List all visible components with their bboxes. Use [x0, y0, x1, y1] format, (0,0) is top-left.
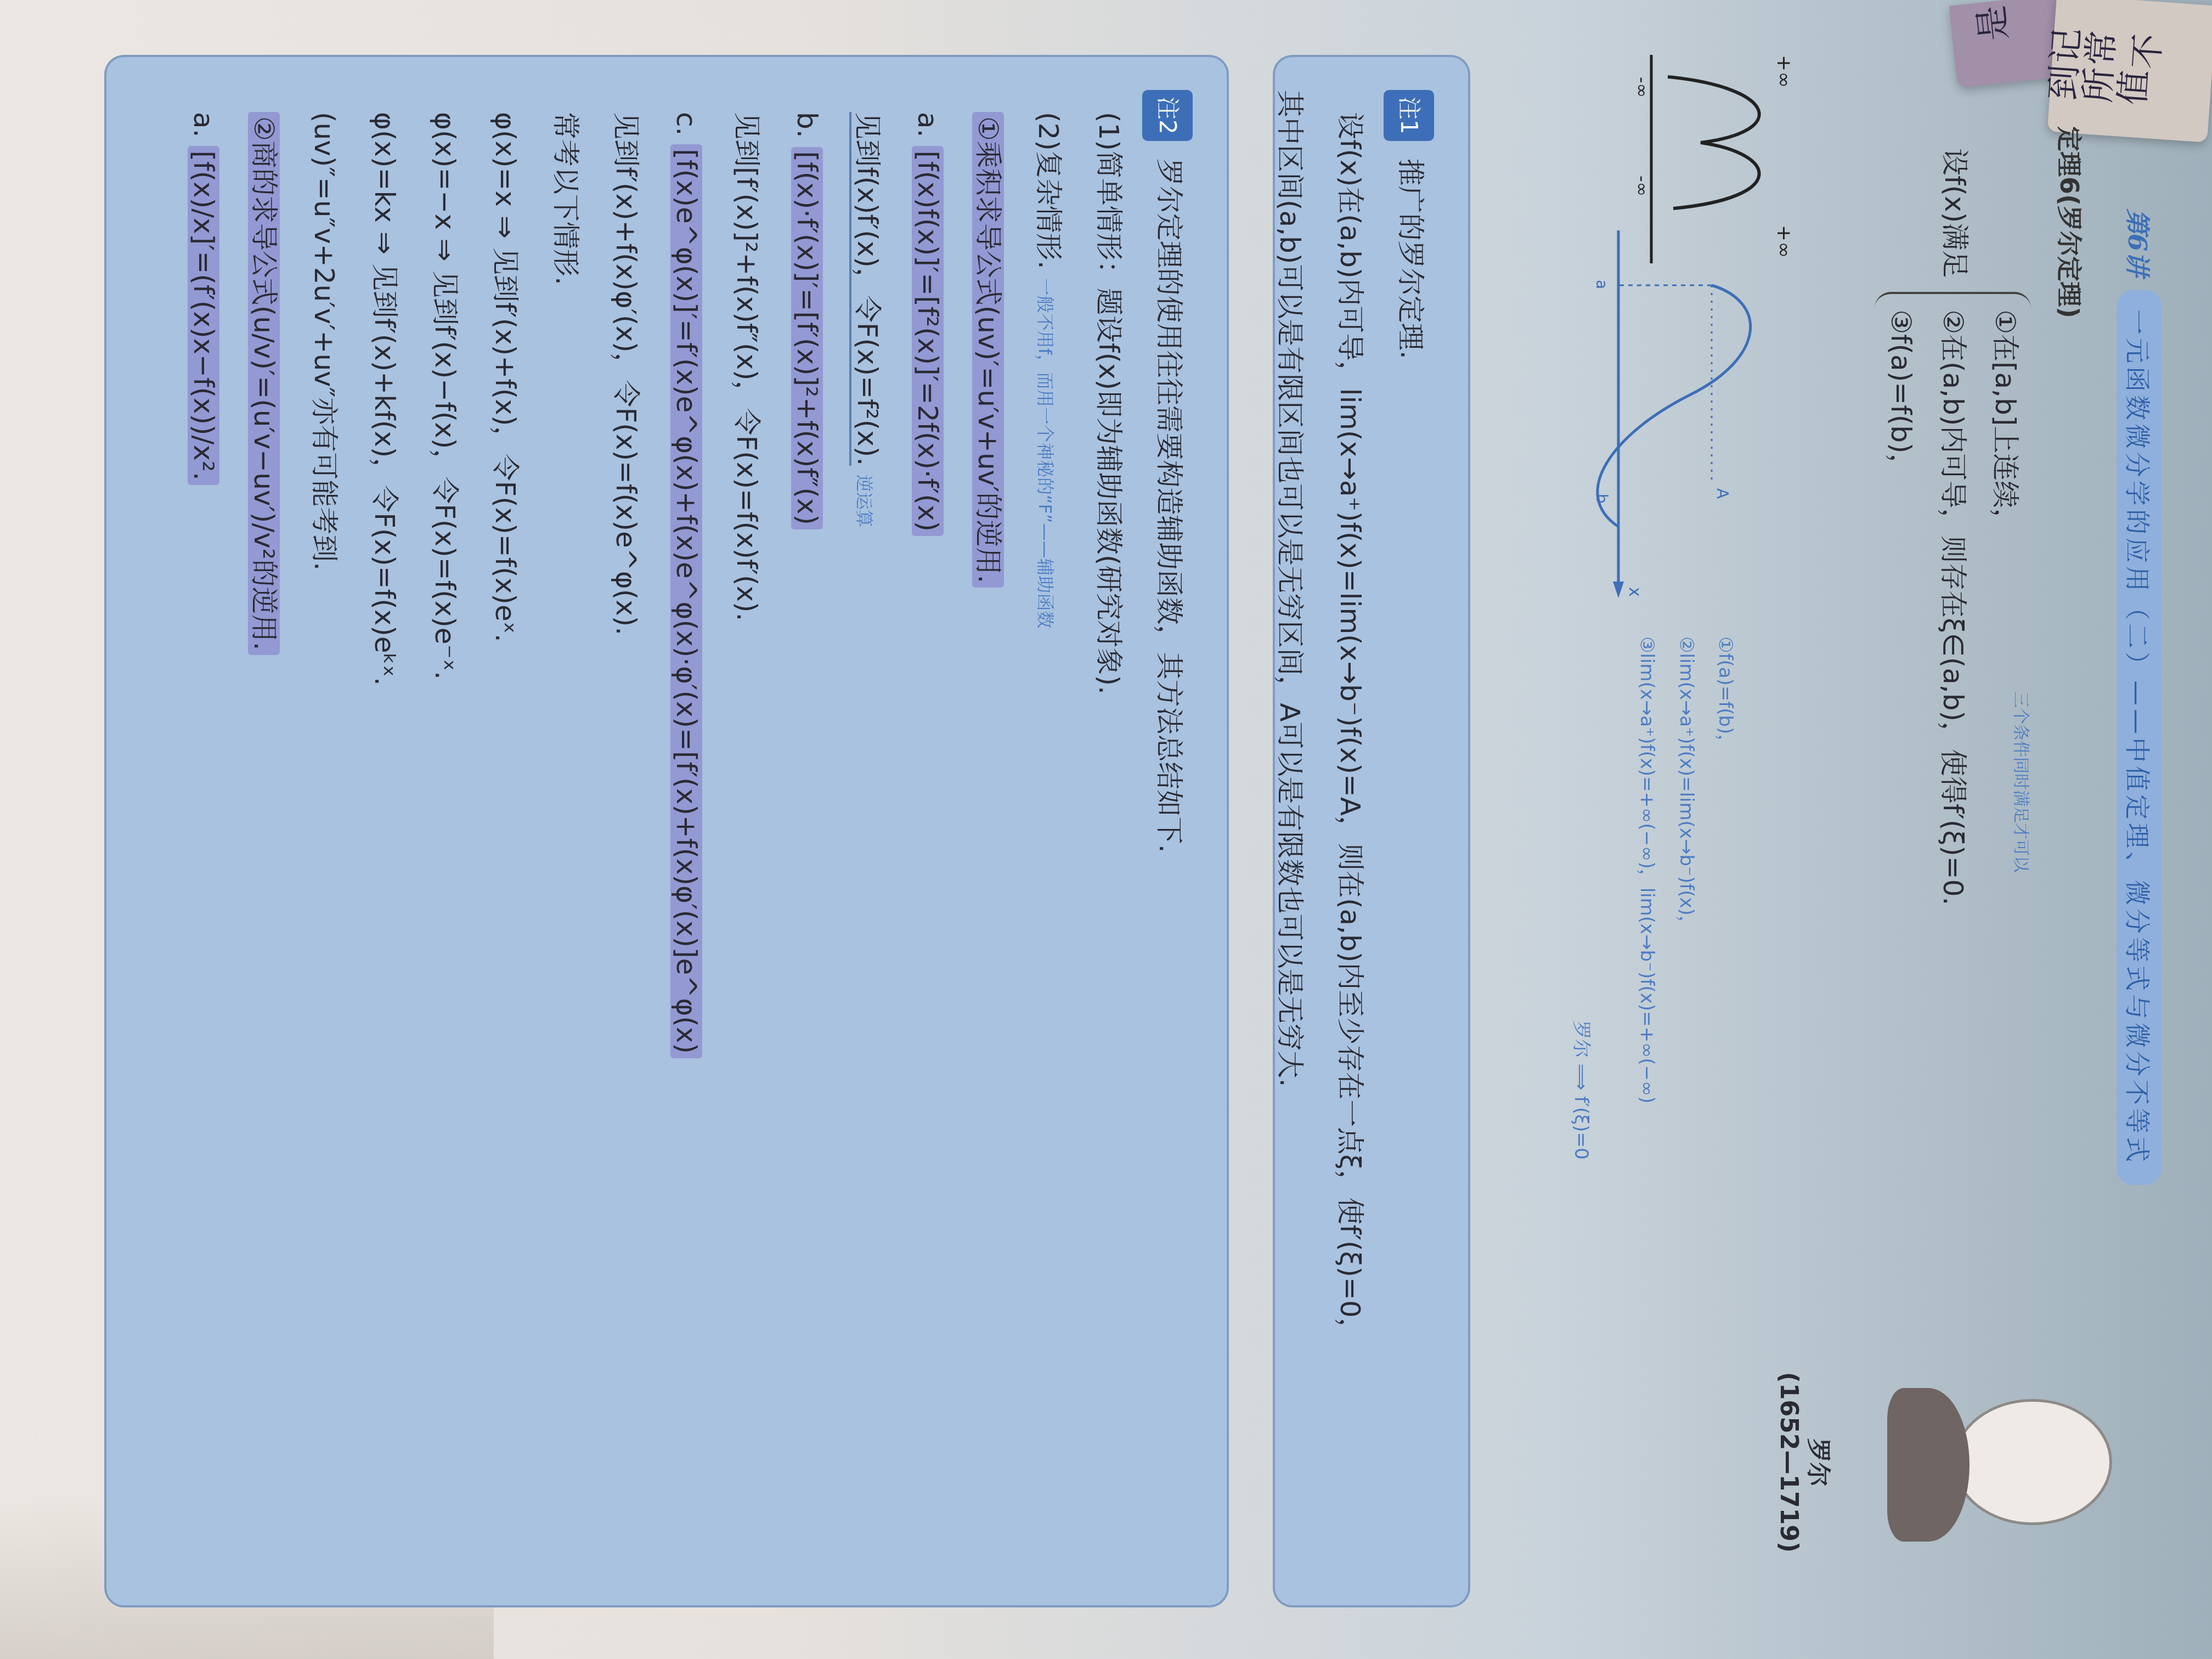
rolle-arrow-result: ⟹ f′(ξ)=0: [1570, 1064, 1592, 1160]
condition-2: ②在(a,b)内可导，则存在ξ∈(a,b)，使得f′(ξ)=0.: [1927, 309, 1979, 905]
complex-case-handwritten-note: 一般不用f，而用一个神秘的“F”——辅助函数: [1035, 278, 1056, 629]
item-c-seen: 见到f′(x)+f(x)φ′(x)，令F(x)=f(x)e^φ(x).: [596, 112, 656, 1572]
item2-a-formula: [f(x)/x]′=(f′(x)x−f(x))/x².: [188, 146, 219, 485]
portrait-years: (1652—1719): [1775, 1372, 1803, 1553]
second-order-product-rule: (uv)″=u″v+2u′v′+uv″亦有可能考到.: [294, 112, 354, 1572]
svg-text:-∞: -∞: [1635, 176, 1652, 196]
portrait-coat-icon: [1887, 1388, 1970, 1542]
svg-text:+∞: +∞: [1773, 55, 1795, 88]
generalized-conditions: ①f(a)=f(b)， ②lim(x→a⁺)f(x)=lim(x→b⁻)f(x)…: [1627, 636, 1745, 1104]
rolle-arrow-label: 罗尔: [1570, 1020, 1592, 1058]
portrait-name: 罗尔: [1803, 1372, 1838, 1553]
item-b-label: b.: [791, 112, 823, 138]
svg-text:x: x: [1625, 587, 1644, 597]
rolle-portrait: [1843, 1350, 2129, 1580]
portrait-caption: 罗尔 (1652—1719): [1775, 1372, 1838, 1553]
item-c-formula: [f(x)e^φ(x)]′=f′(x)e^φ(x)+f(x)e^φ(x)·φ′(…: [670, 144, 702, 1058]
note-1-tag: 注1: [1384, 90, 1434, 141]
note-1-box: 注1 推广的罗尔定理. 设f(x)在(a,b)内可导，lim(x→a⁺)f(x)…: [1273, 55, 1470, 1607]
lecture-number: 第6讲: [2121, 208, 2157, 276]
item-a-seen: 见到f(x)f′(x)，令F(x)=f²(x).: [849, 112, 883, 466]
item-a-formula: [f(x)f(x)]′=[f²(x)]′=2f(x)·f′(x): [912, 146, 944, 536]
handwritten-margin-note: 三个条件同时满足才可以: [2005, 691, 2036, 872]
complex-case: (2)复杂情形.: [1032, 112, 1064, 269]
product-rule-item: ①乘积求导公式(uv)′=u′v+uv′的逆用.: [972, 112, 1004, 588]
common-cases-heading: 常考以下情形.: [535, 112, 596, 1572]
generalized-condition-2: ②lim(x→a⁺)f(x)=lim(x→b⁻)f(x)，: [1666, 636, 1705, 1104]
note-1-line-2: 其中区间(a,b)可以是有限区间也可以是无穷区间，A可以是有限数也可以是无穷大.: [1260, 90, 1320, 1572]
generalized-condition-1: ①f(a)=f(b)，: [1706, 636, 1745, 1104]
case-phi-x: φ(x)=x ⇒ 见到f′(x)+f(x)，令F(x)=f(x)eˣ.: [475, 112, 535, 1572]
item-a-label: a.: [912, 112, 944, 138]
note-1-title: 推广的罗尔定理.: [1395, 159, 1426, 359]
item-b-formula: [f(x)·f′(x)]′=[f′(x)]²+f(x)f″(x): [791, 147, 823, 530]
item-b-seen: 见到[f′(x)]²+f(x)f″(x)，令F(x)=f(x)f′(x).: [716, 112, 777, 1572]
svg-text:-∞: -∞: [1635, 77, 1652, 98]
note-2-title: 罗尔定理的使用往往需要构造辅助函数，其方法总结如下.: [1153, 159, 1185, 853]
case-phi-neg-x: φ(x)=−x ⇒ 见到f′(x)−f(x)，令F(x)=f(x)e⁻ˣ.: [415, 112, 475, 1572]
item2-a-label: a.: [188, 112, 219, 138]
textbook-page: 第6讲 一元函数微分学的应用（二）——中值定理、微分等式与微分不等式 定理6(罗…: [55, 22, 2194, 1640]
portrait-face-icon: [1953, 1399, 2112, 1525]
item-c-label: c.: [670, 112, 702, 136]
note-2-tag: 注2: [1142, 90, 1193, 141]
theorem-intro: 设f(x)满足: [1939, 148, 1971, 278]
simple-case: (1)简单情形：题设f(x)即为辅助函数(研究对象).: [1079, 112, 1139, 1572]
note-2-box: 注2 罗尔定理的使用往往需要构造辅助函数，其方法总结如下. (1)简单情形：题设…: [104, 55, 1229, 1607]
note-1-line-1: 设f(x)在(a,b)内可导，lim(x→a⁺)f(x)=lim(x→b⁻)f(…: [1320, 112, 1380, 1572]
rolle-implication: 罗尔 ⟹ f′(ξ)=0: [1570, 1020, 1596, 1160]
svg-text:A: A: [1713, 488, 1731, 499]
generalized-condition-3: ③lim(x→a⁺)f(x)=+∞(−∞)，lim(x→b⁻)f(x)=+∞(−…: [1627, 636, 1666, 1104]
svg-text:a: a: [1593, 280, 1611, 289]
quotient-rule-item: ②商的求导公式(u/v)′=(u′v−uv′)/v²的逆用.: [248, 112, 280, 655]
svg-text:b: b: [1593, 494, 1611, 504]
rolle-figure: x a b A: [1569, 219, 1799, 603]
condition-3: ③f(a)=f(b)，: [1875, 309, 1927, 905]
item-a-handwritten-note: 逆运算: [854, 475, 874, 527]
case-phi-kx: φ(x)=kx ⇒ 见到f′(x)+kf(x)，令F(x)=f(x)eᵏˣ.: [354, 112, 415, 1572]
lecture-title: 一元函数微分学的应用（二）——中值定理、微分等式与微分不等式: [2117, 290, 2162, 1185]
